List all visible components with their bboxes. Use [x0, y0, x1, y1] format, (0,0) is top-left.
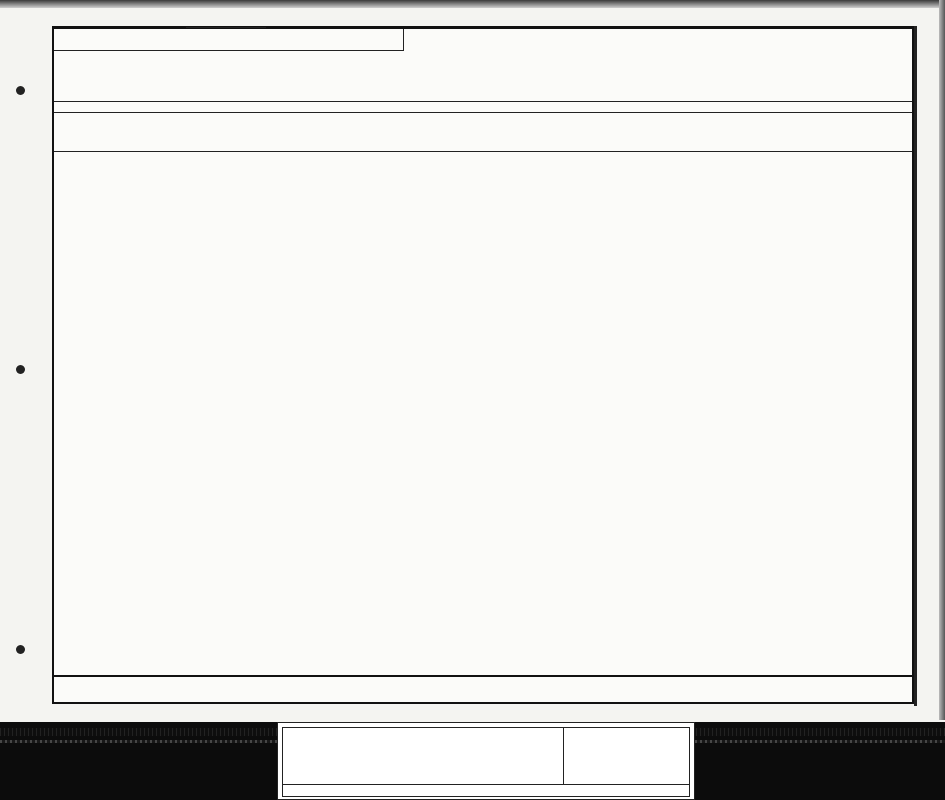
binding-hole: [16, 645, 25, 654]
pro-reference-stamp: [277, 722, 695, 800]
copyright-notice: [283, 784, 689, 796]
scan-edge-right: [939, 0, 945, 720]
column-heading-row: [54, 112, 912, 152]
admin-county: [54, 29, 404, 51]
binding-hole: [16, 365, 25, 374]
census-sheet: [52, 26, 914, 704]
binding-hole: [16, 86, 25, 95]
totals-row: [54, 675, 912, 713]
measurement-scale: [563, 728, 689, 785]
admin-county-value: [186, 27, 266, 28]
scan-edge-top: [0, 0, 945, 8]
